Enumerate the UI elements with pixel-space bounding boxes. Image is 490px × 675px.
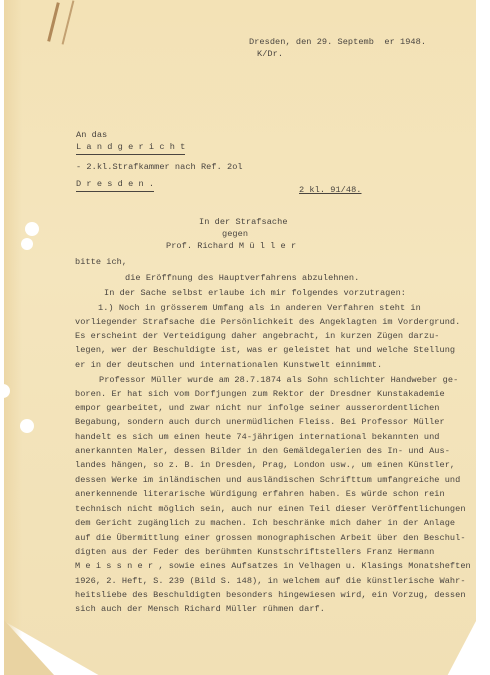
- body-line: dem Gericht zugänglich zu machen. Ich be…: [75, 518, 455, 529]
- body-line: heitsliebe des Beschuldigten besonders h…: [75, 590, 466, 601]
- body-line: auf die Übermittlung einer grossen monog…: [75, 533, 466, 544]
- case-number: 2 kl. 91/48.: [299, 185, 362, 196]
- body-line: M e i s s n e r , sowie eines Aufsatzes …: [75, 561, 471, 572]
- addressee-salutation: An das: [76, 130, 107, 141]
- body-line: er in der deutschen und internationalen …: [75, 360, 382, 371]
- punch-hole: [25, 222, 39, 236]
- addressee-court: L a n d g e r i c h t: [76, 142, 185, 155]
- subject-line-1: In der Strafsache: [199, 217, 288, 228]
- body-line: Professor Müller wurde am 28.7.1874 als …: [99, 375, 458, 386]
- body-line: Begabung, sondern auch durch unermüdlich…: [75, 417, 445, 428]
- body-line: Es erscheint der Verteidigung daher ange…: [75, 331, 440, 342]
- body-line: boren. Er hat sich vom Dorfjungen zum Re…: [75, 389, 445, 400]
- body-line: handelt es sich um einen heute 74-jährig…: [75, 432, 440, 443]
- body-line: landes hängen, so z. B. in Dresden, Prag…: [75, 460, 455, 471]
- page-edge-shadow: [4, 0, 22, 675]
- request-opening: bitte ich,: [75, 257, 127, 268]
- request-motion: die Eröffnung des Hauptverfahrens abzule…: [125, 273, 359, 284]
- place-date: Dresden, den 29. Septemb er 1948.: [249, 37, 426, 48]
- body-line: vorliegender Strafsache die Persönlichke…: [75, 317, 460, 328]
- body-line: dessen Werke im inländischen und ausländ…: [75, 475, 460, 486]
- addressee-chamber: - 2.kl.Strafkammer nach Ref. 2ol: [76, 162, 243, 173]
- body-line: anerkannten Maler, dessen Bilder in den …: [75, 446, 450, 457]
- punch-hole: [20, 419, 34, 433]
- body-line: In der Sache selbst erlaube ich mir folg…: [104, 288, 406, 299]
- reference-initials: K/Dr.: [257, 49, 283, 60]
- body-line: sich auch der Mensch Richard Müller rühm…: [75, 604, 325, 615]
- body-line: anerkennende literarische Würdigung erfa…: [75, 489, 445, 500]
- subject-line-2: gegen: [222, 229, 248, 240]
- defendant-name: Prof. Richard M ü l l e r: [166, 241, 296, 252]
- punch-hole: [21, 238, 33, 250]
- addressee-city: D r e s d e n .: [76, 179, 154, 192]
- body-line: legen, wer der Beschuldigte ist, was er …: [75, 345, 455, 356]
- body-line: empor gearbeitet, und zwar nicht nur inf…: [75, 403, 440, 414]
- body-line: 1926, 2. Heft, S. 239 (Bild S. 148), in …: [75, 576, 466, 587]
- body-line: digten aus der Feder des berühmten Kunst…: [75, 547, 434, 558]
- body-line: technisch nicht möglich sein, auch nur e…: [75, 504, 466, 515]
- body-line: 1.) Noch in grösserem Umfang als in ande…: [98, 303, 421, 314]
